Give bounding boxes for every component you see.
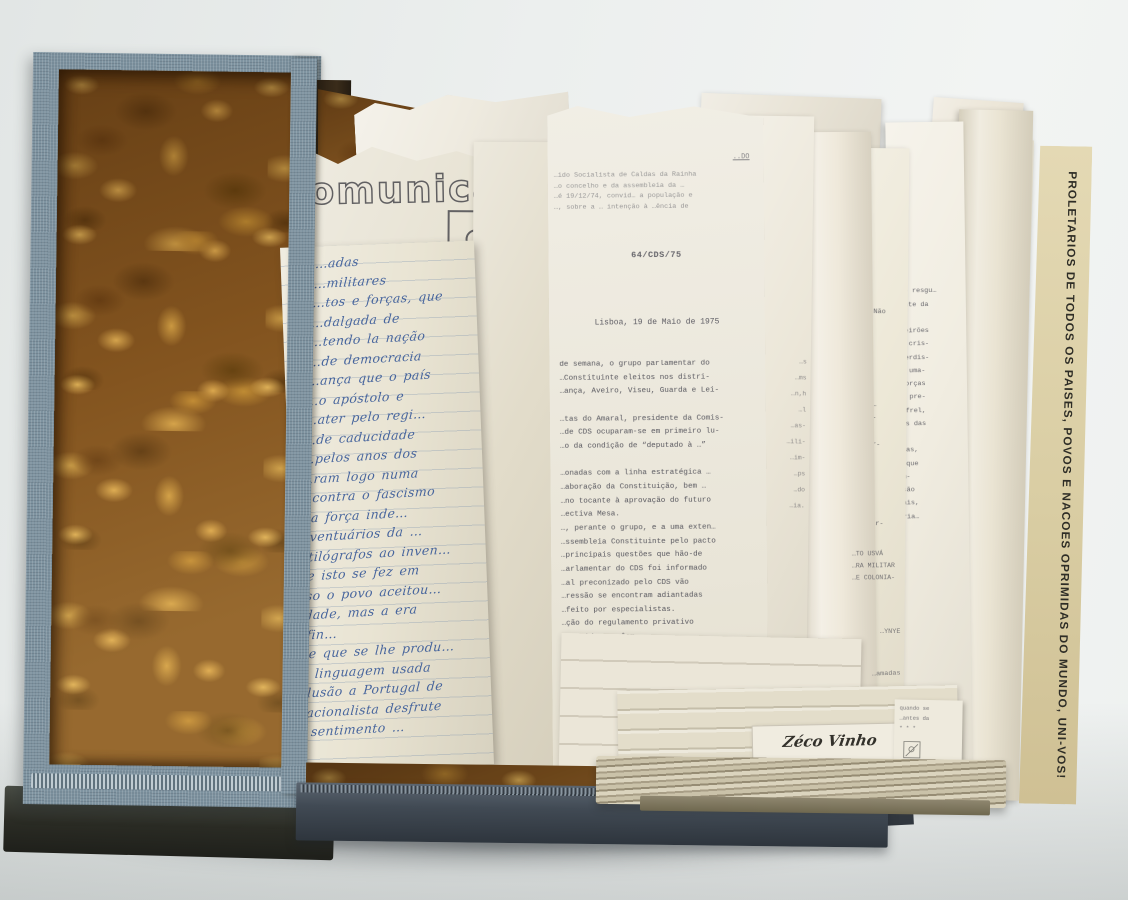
signature-handwriting: Zéco Vinho	[752, 730, 909, 751]
photo-archive-box-scene: 3. …ao resgu… …ente da …leirões …a cris-…	[0, 0, 1128, 900]
faint-header-lines: …ido Socialista de Caldas da Rainha …o c…	[554, 169, 758, 213]
cds-stamp-icon	[903, 741, 920, 758]
document-body-text: de semana, o grupo parlamentar do …Const…	[559, 357, 762, 673]
typed-fragment-military: …TO USVÁ …RA MILITAR …E COLONIA-	[852, 548, 956, 585]
document-dateline: Lisboa, 19 de Maio de 1975	[549, 317, 765, 328]
typed-fragment: …amadas	[872, 670, 901, 679]
typed-fragment: …YNYE	[880, 628, 900, 636]
letter-handwriting: …adas …militares …tos e forças, que …dal…	[283, 244, 494, 743]
page-mark: ..DO	[733, 153, 750, 161]
note-fragment: quando se …antes da * * *	[899, 703, 958, 734]
archive-box-lid	[23, 52, 321, 808]
document-reference: 64/CDS/75	[548, 249, 764, 261]
lid-cloth-stitch-edge	[31, 773, 303, 792]
lid-marbled-lining	[49, 69, 308, 767]
